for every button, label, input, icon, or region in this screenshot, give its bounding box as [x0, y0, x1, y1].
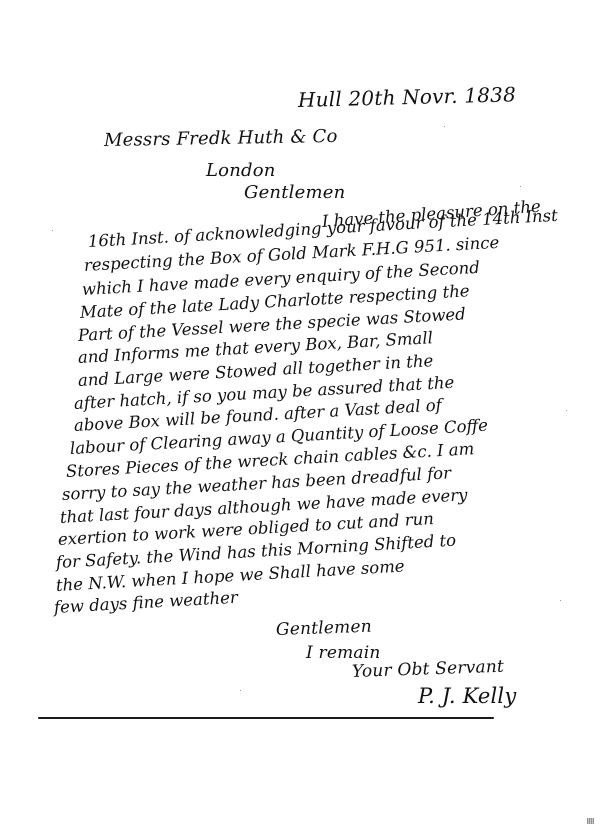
dateline: Hull 20th Novr. 1838: [298, 82, 517, 112]
paper-speck: [560, 600, 561, 601]
paper-speck: [444, 126, 445, 127]
addressee-line-1: Messrs Fredk Huth & Co: [104, 126, 338, 151]
paper-speck: [52, 230, 53, 231]
salutation: Gentlemen: [244, 182, 345, 203]
paper-speck: [240, 690, 241, 691]
signature: P. J. Kelly: [418, 684, 516, 708]
paper-speck: [566, 410, 567, 411]
addressee-line-2: London: [206, 160, 276, 181]
bottom-rule: [38, 717, 494, 719]
closing-servant: Your Obt Servant: [352, 657, 505, 682]
scan-marker-icon: [587, 818, 594, 824]
closing-gentlemen: Gentlemen: [276, 617, 372, 640]
closing-remain: I remain: [306, 643, 381, 663]
paper-speck: [520, 186, 521, 187]
letter-page: Hull 20th Novr. 1838 Messrs Fredk Huth &…: [0, 0, 600, 830]
